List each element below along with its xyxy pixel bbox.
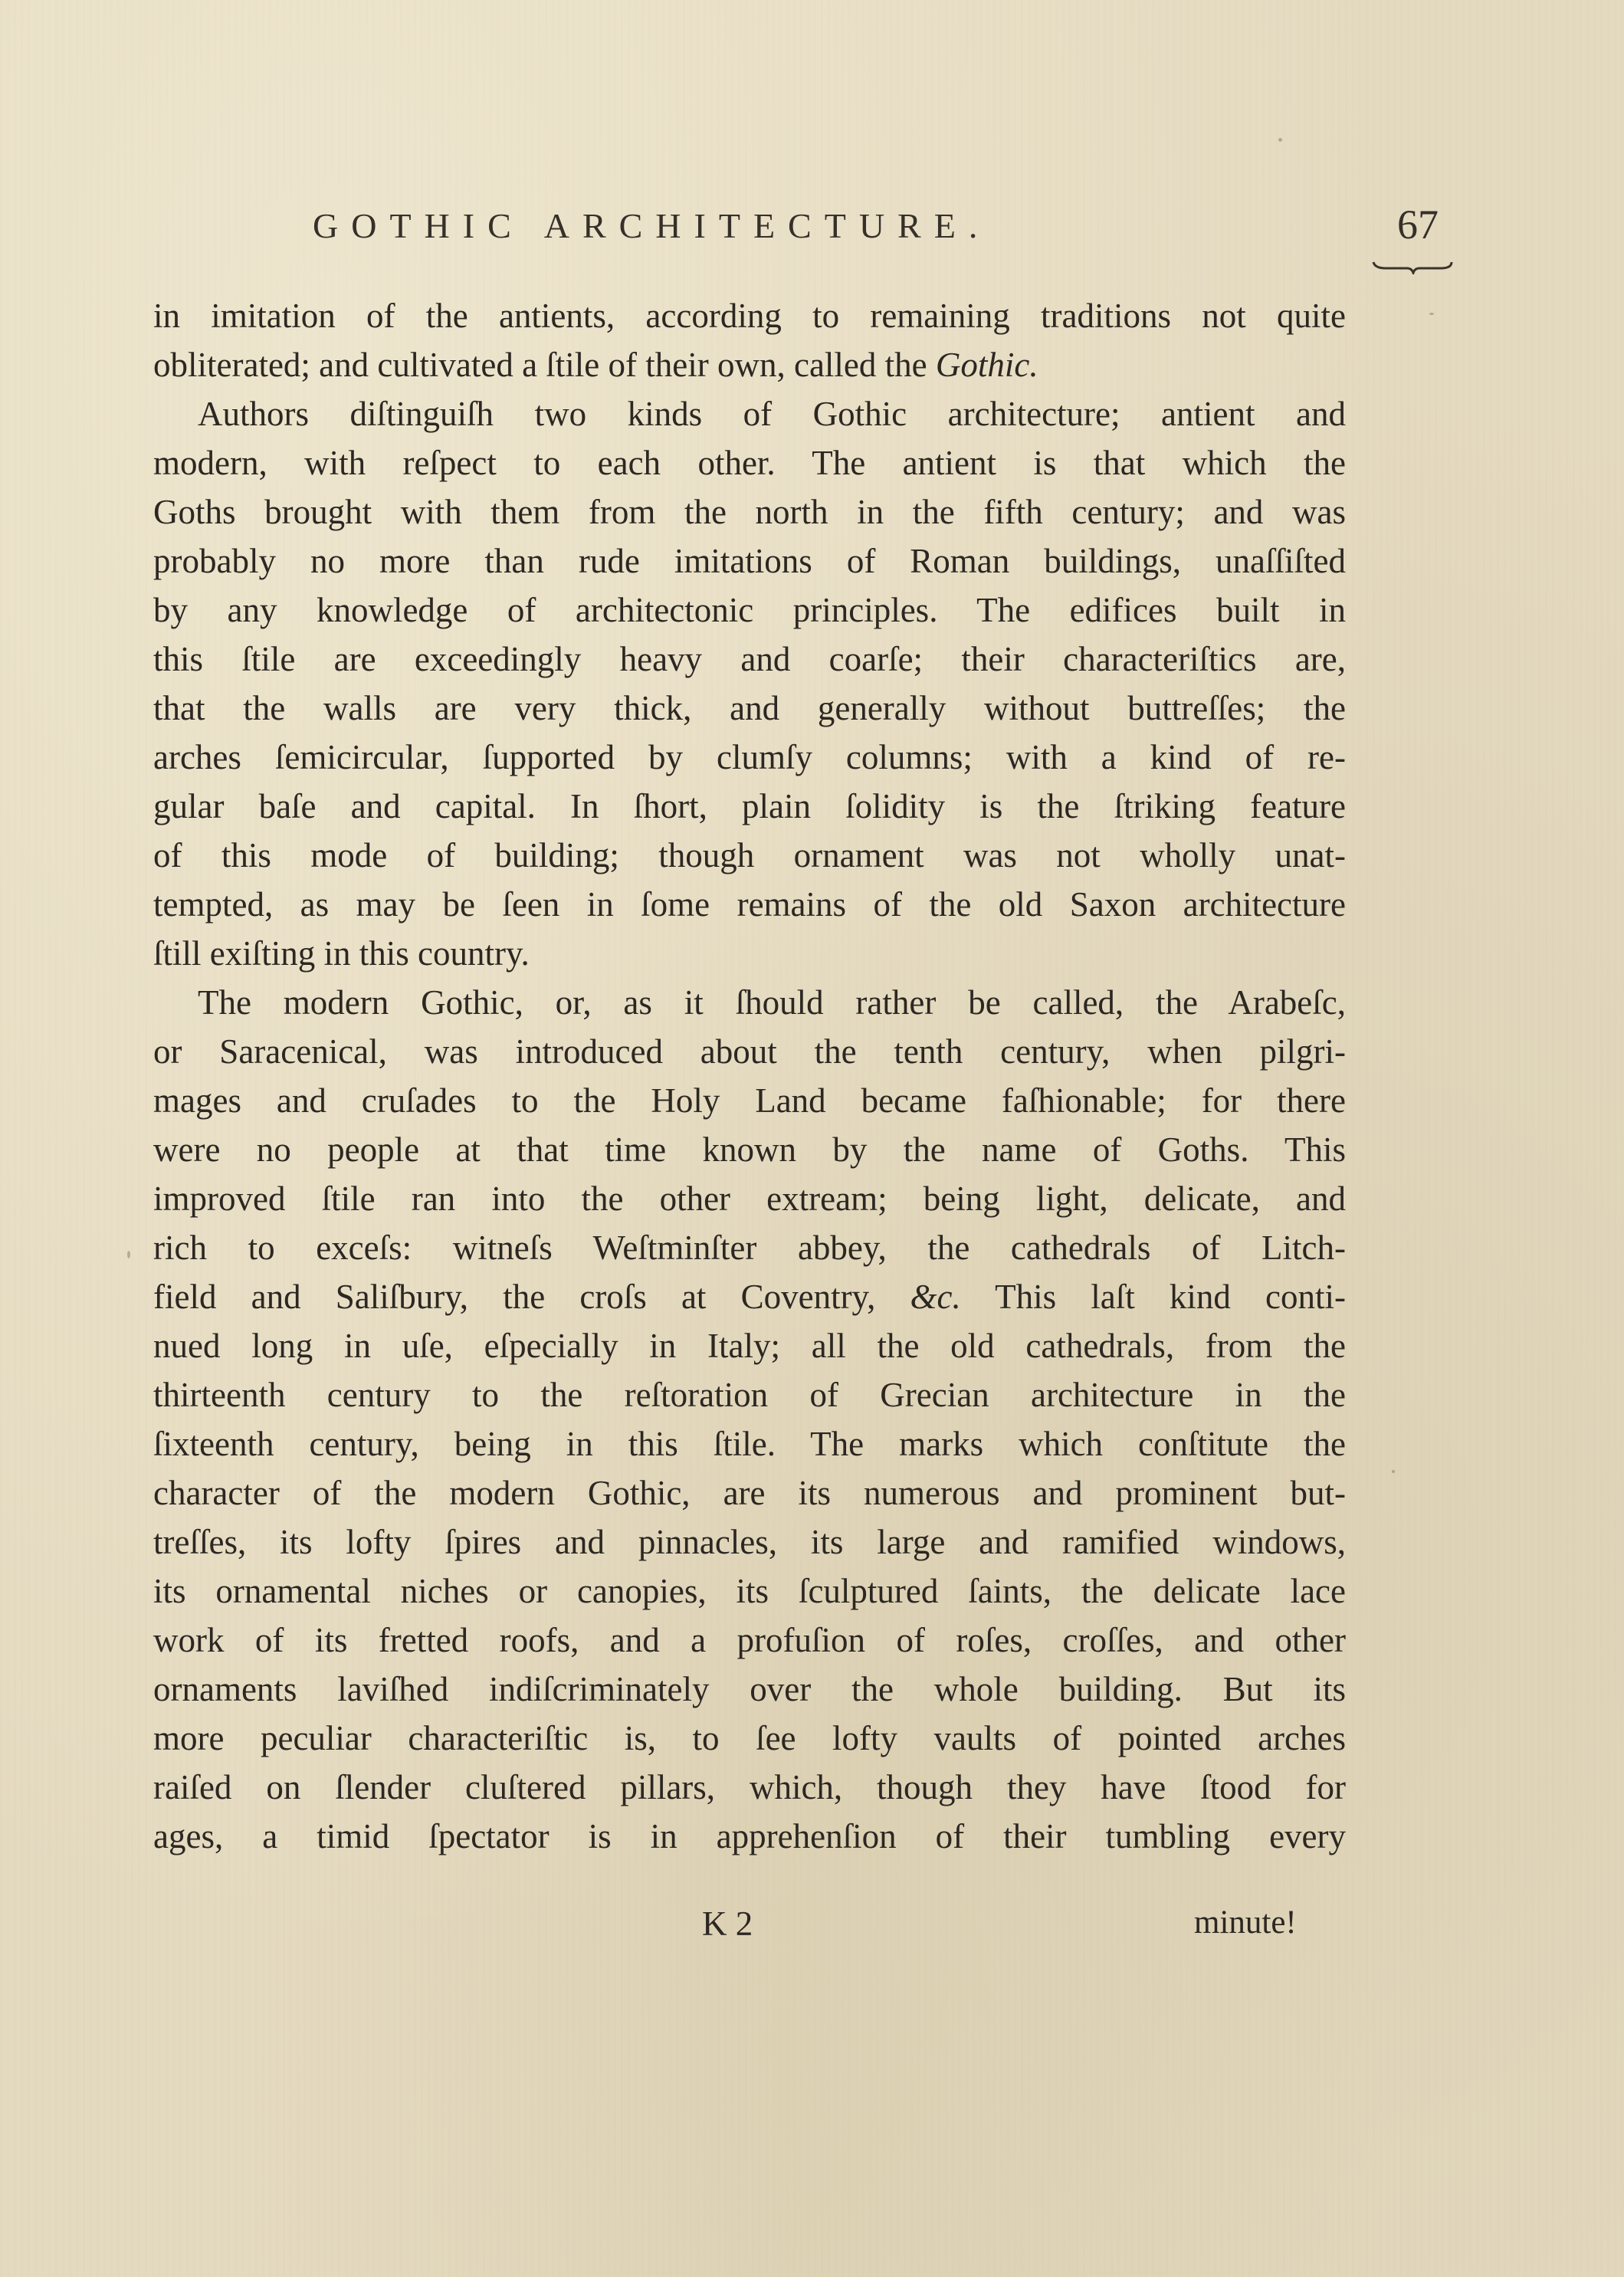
text-line: ſtill exiſting in this country.	[153, 932, 1346, 975]
text-line: ornaments laviſhed indiſcriminately over…	[153, 1668, 1346, 1711]
italic-etc: &c.	[910, 1278, 961, 1316]
paragraph-start: Authors diſtinguiſh two kinds of Gothic …	[153, 392, 1346, 435]
text-line: more peculiar characteriſtic is, to ſee …	[153, 1717, 1346, 1760]
paper-speck	[1429, 313, 1434, 315]
signature-mark: K 2	[702, 1904, 753, 1944]
text-line: mages and cruſades to the Holy Land beca…	[153, 1079, 1346, 1122]
text-line: thirteenth century to the reſtoration of…	[153, 1373, 1346, 1416]
text-line: Goths brought with them from the north i…	[153, 491, 1346, 533]
text-line: treſſes, its lofty ſpires and pinnacles,…	[153, 1521, 1346, 1563]
italic-term: Gothic.	[936, 346, 1038, 384]
text-line: work of its fretted roofs, and a profuſi…	[153, 1619, 1346, 1662]
text-line: were no people at that time known by the…	[153, 1128, 1346, 1171]
paper-speck	[1392, 1470, 1395, 1473]
text-line: raiſed on ſlender cluſtered pillars, whi…	[153, 1766, 1346, 1809]
text-line: by any knowledge of architectonic princi…	[153, 589, 1346, 632]
catchword: minute!	[1194, 1904, 1297, 1941]
text-line: rich to exceſs: witneſs Weſtminſter abbe…	[153, 1226, 1346, 1269]
paper-speck	[127, 1251, 130, 1258]
text-line: ſixteenth century, being in this ſtile. …	[153, 1422, 1346, 1465]
text-line: ages, a timid ſpectator is in apprehenſi…	[153, 1815, 1346, 1858]
text-line: character of the modern Gothic, are its …	[153, 1472, 1346, 1514]
text-line: in imitation of the antients, according …	[153, 294, 1346, 337]
text-line: of this mode of building; though ornamen…	[153, 834, 1346, 877]
text-line: modern, with reſpect to each other. The …	[153, 441, 1346, 484]
text-line: field and Saliſbury, the croſs at Covent…	[153, 1275, 1346, 1318]
text-span: This laſt kind conti-	[961, 1278, 1346, 1316]
text-line: tempted, as may be ſeen in ſome remains …	[153, 883, 1346, 926]
paper-speck	[1278, 138, 1282, 142]
page-number: 67	[1397, 201, 1439, 248]
text-line: arches ſemicircular, ſupported by clumſy…	[153, 736, 1346, 779]
brace-ornament-icon	[1370, 259, 1455, 274]
text-line: nued long in uſe, eſpecially in Italy; a…	[153, 1324, 1346, 1367]
text-line: or Saracenical, was introduced about the…	[153, 1030, 1346, 1073]
text-line: this ſtile are exceedingly heavy and coa…	[153, 638, 1346, 681]
text-line: its ornamental niches or canopies, its ſ…	[153, 1570, 1346, 1613]
text-line: gular baſe and capital. In ſhort, plain …	[153, 785, 1346, 828]
text-span: obliterated; and cultivated a ſtile of t…	[153, 346, 936, 384]
paragraph-start: The modern Gothic, or, as it ſhould rath…	[153, 981, 1346, 1024]
book-page: GOTHIC ARCHITECTURE. 67 in imitation of …	[0, 0, 1624, 2277]
text-line: that the walls are very thick, and gener…	[153, 687, 1346, 730]
running-head: GOTHIC ARCHITECTURE.	[313, 205, 990, 246]
text-line: improved ſtile ran into the other extrea…	[153, 1177, 1346, 1220]
text-line: obliterated; and cultivated a ſtile of t…	[153, 343, 1346, 386]
text-line: probably no more than rude imitations of…	[153, 540, 1346, 582]
text-span: field and Saliſbury, the croſs at Covent…	[153, 1278, 910, 1316]
